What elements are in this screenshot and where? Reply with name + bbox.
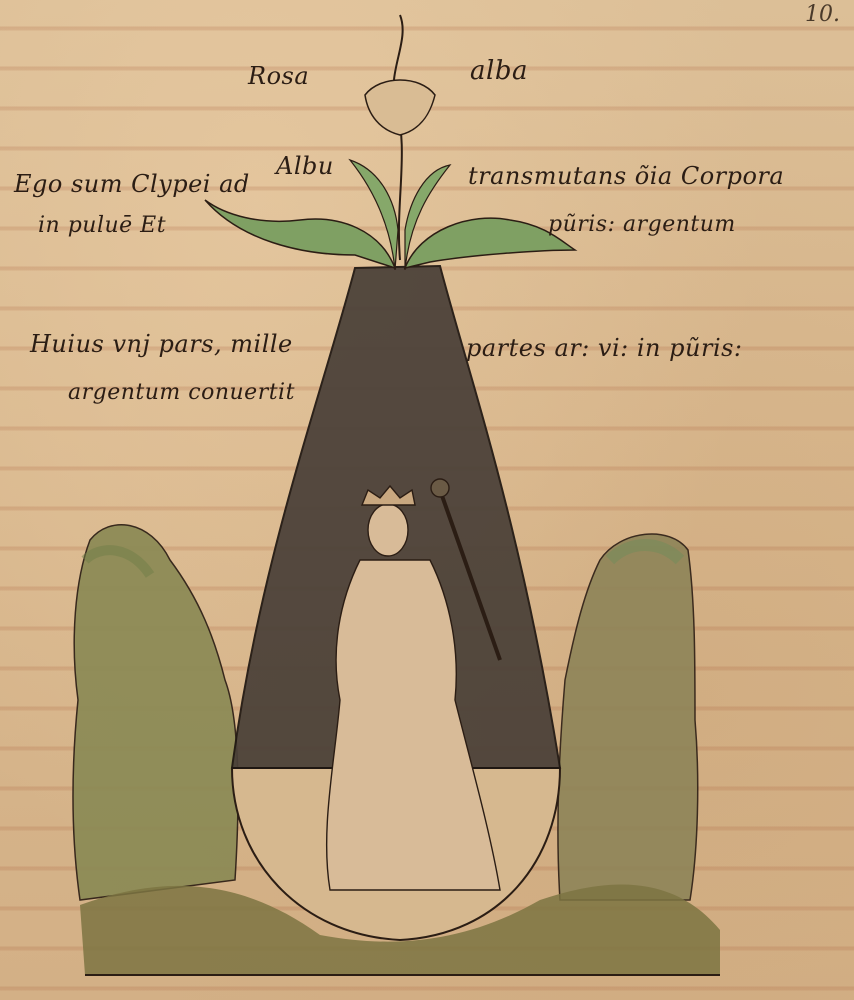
title-rosa: Rosa <box>248 62 309 90</box>
title-alba: alba <box>470 56 528 86</box>
text-line-2-left: in puluē Et <box>38 213 166 238</box>
folio-number: 10. <box>805 2 840 27</box>
rose-plant-icon <box>205 15 575 270</box>
text-line-3-left: Huius vnj pars, mille <box>30 330 293 358</box>
manuscript-page: 10. Rosa alba Ego sum Clypei ad Albu tra… <box>0 0 854 1000</box>
alchemical-illustration <box>0 0 854 1000</box>
text-line-1-mid: Albu <box>276 152 334 180</box>
text-line-1-left: Ego sum Clypei ad <box>14 170 250 198</box>
text-line-2-right: pũris: argentum <box>548 212 736 237</box>
text-line-3-right: partes ar: vi: in pũris: <box>466 334 743 362</box>
right-rock-icon <box>558 534 698 900</box>
left-rock-icon <box>73 525 238 900</box>
text-line-1-right: transmutans õia Corpora <box>468 162 784 190</box>
text-line-4-left: argentum conuertit <box>68 380 295 405</box>
